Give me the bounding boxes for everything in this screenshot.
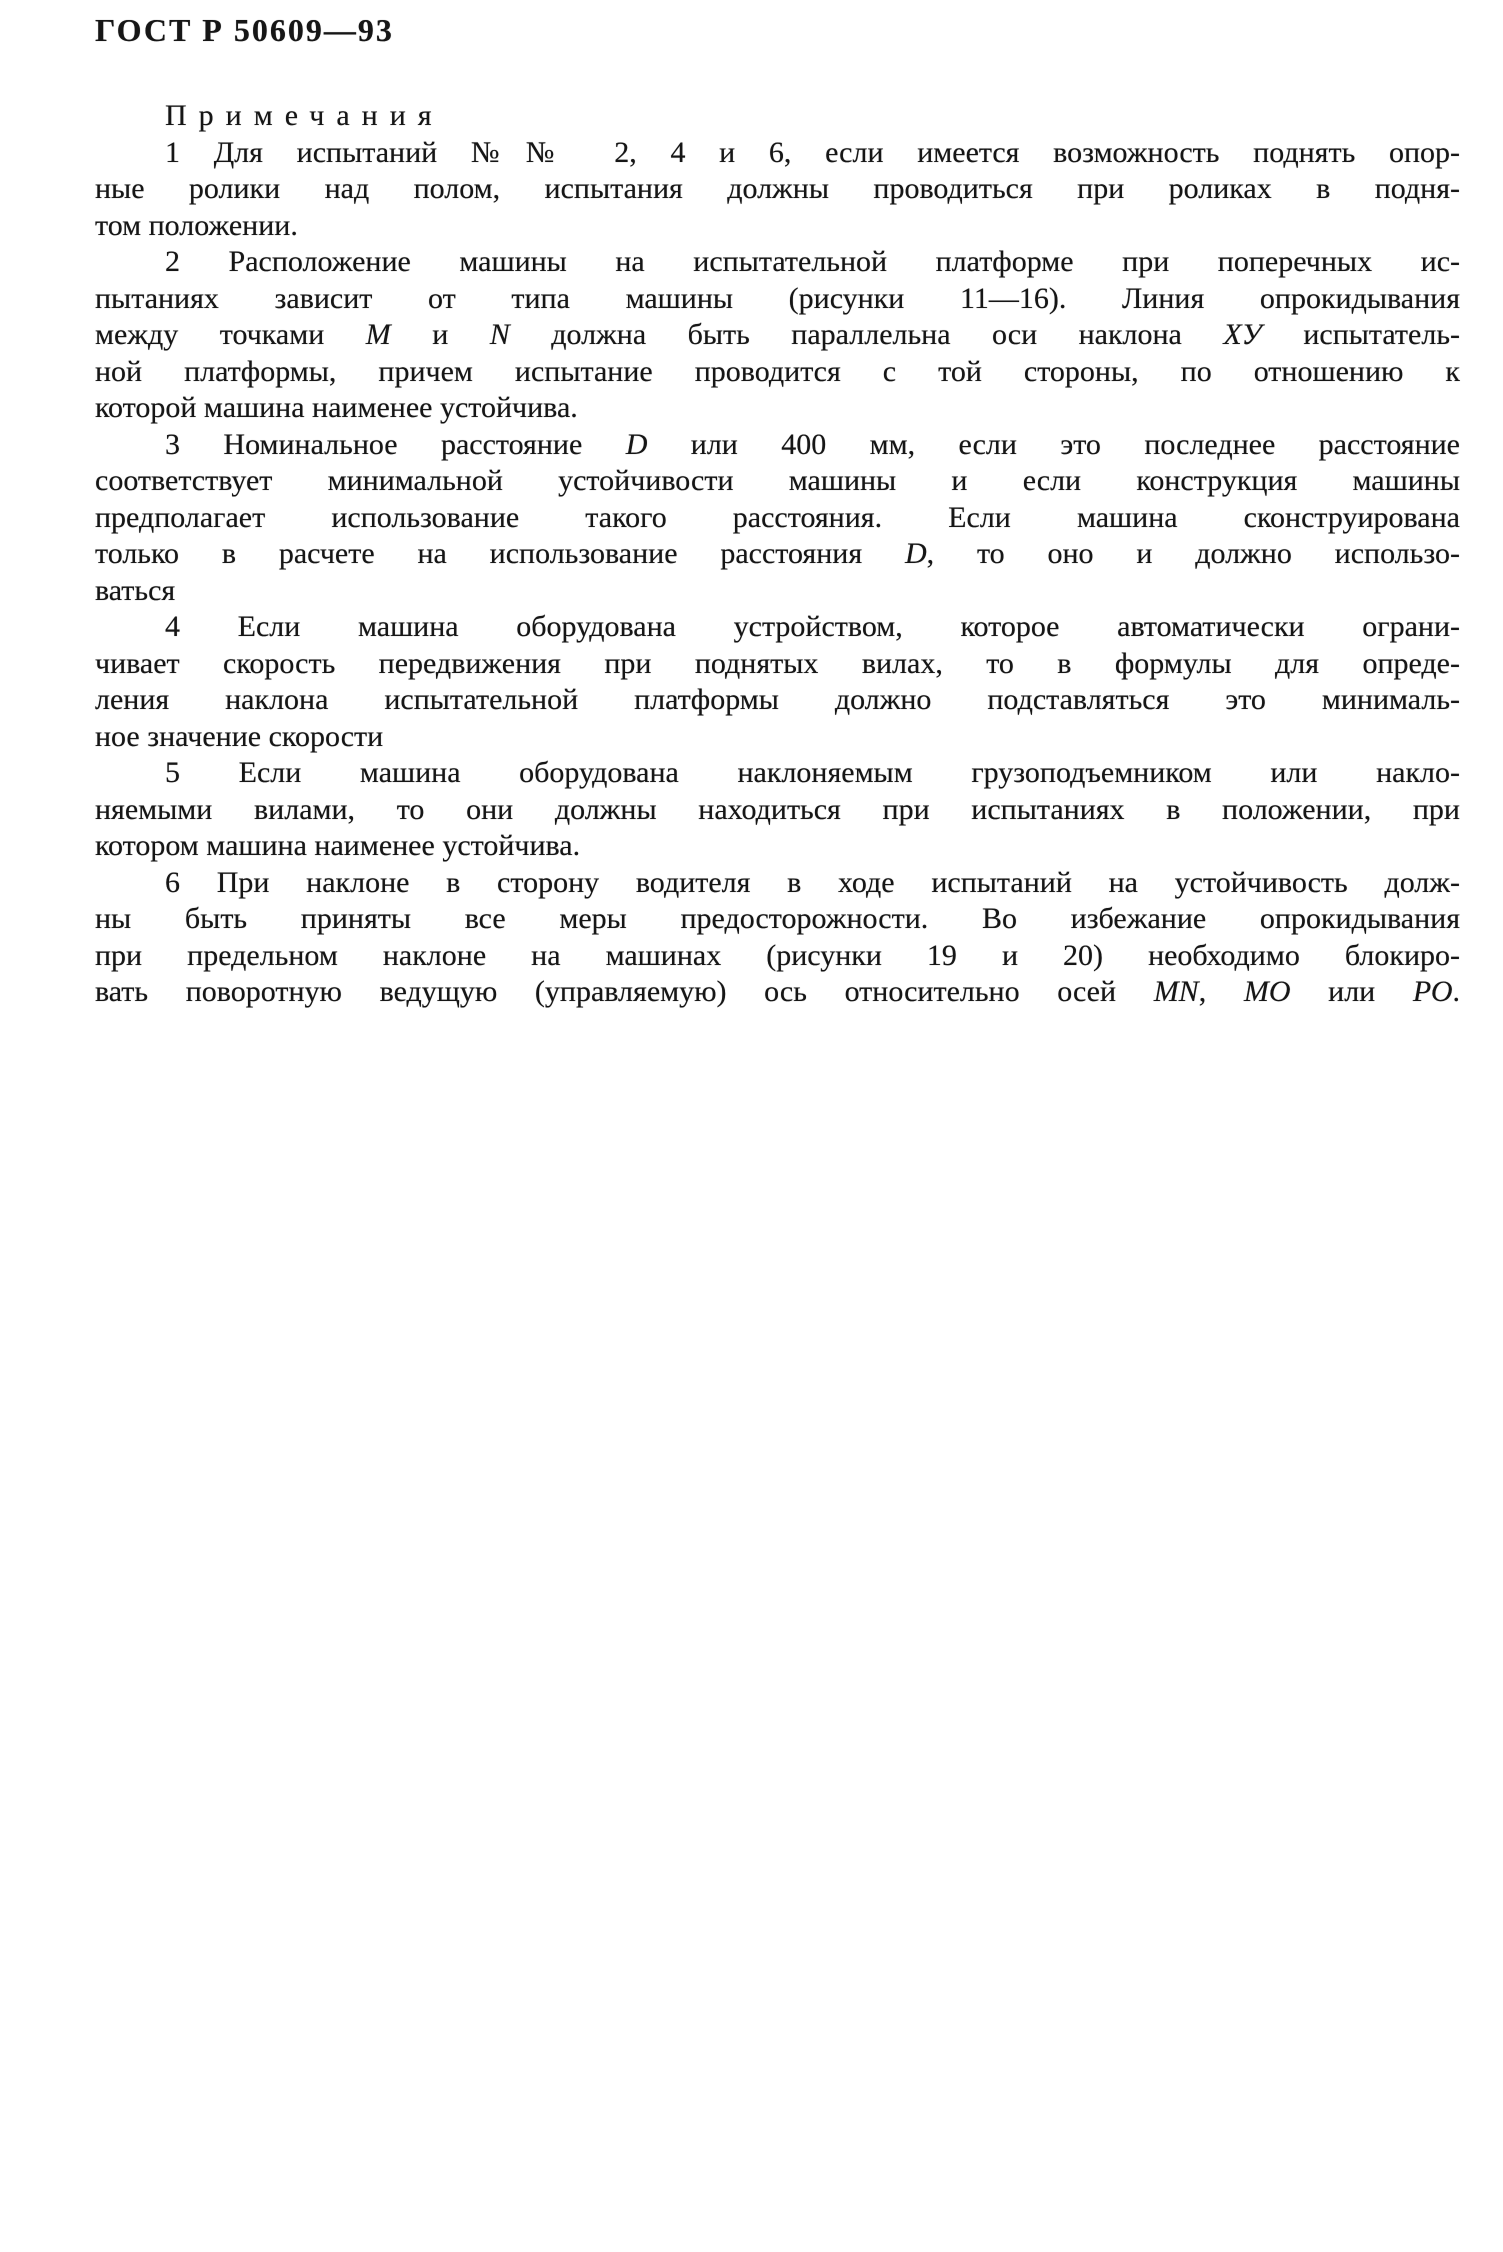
text-segment: вать поворотную ведущую (управляемую) ос… xyxy=(95,975,1154,1008)
text-line: чивает скорость передвижения при подняты… xyxy=(95,646,1460,683)
formula-symbol: РО xyxy=(1413,975,1453,1008)
text-line: соответствует минимальной устойчивости м… xyxy=(95,463,1460,500)
text-segment: и xyxy=(391,318,490,351)
text-line: 2 Расположение машины на испытательной п… xyxy=(95,244,1460,281)
text-line: ления наклона испытательной платформы до… xyxy=(95,682,1460,719)
text-line: ны быть приняты все меры предосторожност… xyxy=(95,901,1460,938)
formula-symbol: М xyxy=(366,318,391,351)
text-segment: ваться xyxy=(95,574,175,607)
text-segment: только в расчете на использование рассто… xyxy=(95,537,905,570)
document-page: ГОСТ Р 50609—93 Примечания 1 Для испытан… xyxy=(0,0,1503,2252)
text-line: только в расчете на использование рассто… xyxy=(95,536,1460,573)
text-segment: 4 Если машина оборудована устройством, к… xyxy=(165,610,1460,643)
text-segment: , то оно и должно использо- xyxy=(927,537,1460,570)
text-line: пытаниях зависит от типа машины (рисунки… xyxy=(95,281,1460,318)
standard-number: ГОСТ Р 50609—93 xyxy=(95,12,394,49)
text-segment: 3 Номинальное расстояние xyxy=(165,428,626,461)
text-segment: ные ролики над полом, испытания должны п… xyxy=(95,172,1460,205)
formula-symbol: MN xyxy=(1154,975,1199,1008)
text-line: ное значение скорости xyxy=(95,719,1460,756)
text-segment: предполагает использование такого рассто… xyxy=(95,501,1460,534)
text-segment: 5 Если машина оборудована наклоняемым гр… xyxy=(165,756,1460,789)
notes-heading: Примечания xyxy=(95,98,1460,135)
text-segment: ной платформы, причем испытание проводит… xyxy=(95,355,1460,388)
text-line: ные ролики над полом, испытания должны п… xyxy=(95,171,1460,208)
text-segment: чивает скорость передвижения при подняты… xyxy=(95,647,1460,680)
text-line: 6 При наклоне в сторону водителя в ходе … xyxy=(95,865,1460,902)
text-line: 5 Если машина оборудована наклоняемым гр… xyxy=(95,755,1460,792)
text-line: вать поворотную ведущую (управляемую) ос… xyxy=(95,974,1460,1011)
text-segment: при предельном наклоне на машинах (рисун… xyxy=(95,939,1460,972)
text-segment: 1 Для испытаний №№ 2, 4 и 6, если имеетс… xyxy=(165,136,1460,169)
text-segment: между точками xyxy=(95,318,366,351)
text-segment: испытатель- xyxy=(1262,318,1460,351)
text-line: ваться xyxy=(95,573,1460,610)
text-segment: ное значение скорости xyxy=(95,720,383,753)
text-segment: . xyxy=(1453,975,1461,1008)
text-segment: котором машина наименее устойчива. xyxy=(95,829,580,862)
text-segment: няемыми вилами, то они должны находиться… xyxy=(95,793,1460,826)
text-segment: или 400 мм, если это последнее расстояни… xyxy=(647,428,1460,461)
text-segment: 6 При наклоне в сторону водителя в ходе … xyxy=(165,866,1460,899)
formula-symbol: МО xyxy=(1244,975,1291,1008)
text-line: котором машина наименее устойчива. xyxy=(95,828,1460,865)
text-segment: или xyxy=(1291,975,1413,1008)
text-segment: , xyxy=(1199,975,1244,1008)
text-line: том положении. xyxy=(95,208,1460,245)
formula-symbol: ХУ xyxy=(1223,318,1262,351)
text-segment: ления наклона испытательной платформы до… xyxy=(95,683,1460,716)
text-line: которой машина наименее устойчива. xyxy=(95,390,1460,427)
text-segment: том положении. xyxy=(95,209,298,242)
text-line: предполагает использование такого рассто… xyxy=(95,500,1460,537)
text-segment: ны быть приняты все меры предосторожност… xyxy=(95,902,1460,935)
text-segment: которой машина наименее устойчива. xyxy=(95,391,578,424)
text-line: 3 Номинальное расстояние D или 400 мм, е… xyxy=(95,427,1460,464)
text-segment: пытаниях зависит от типа машины (рисунки… xyxy=(95,282,1460,315)
notes-text: Примечания 1 Для испытаний №№ 2, 4 и 6, … xyxy=(95,98,1460,1011)
text-line: ной платформы, причем испытание проводит… xyxy=(95,354,1460,391)
formula-symbol: N xyxy=(490,318,510,351)
text-line: 1 Для испытаний №№ 2, 4 и 6, если имеетс… xyxy=(95,135,1460,172)
text-segment: должна быть параллельна оси наклона xyxy=(510,318,1224,351)
formula-symbol: D xyxy=(905,537,927,570)
text-segment: 2 Расположение машины на испытательной п… xyxy=(165,245,1460,278)
text-line: 4 Если машина оборудована устройством, к… xyxy=(95,609,1460,646)
text-line: няемыми вилами, то они должны находиться… xyxy=(95,792,1460,829)
formula-symbol: D xyxy=(626,428,648,461)
text-line: при предельном наклоне на машинах (рисун… xyxy=(95,938,1460,975)
text-segment: соответствует минимальной устойчивости м… xyxy=(95,464,1460,497)
text-line: между точками М и N должна быть параллел… xyxy=(95,317,1460,354)
